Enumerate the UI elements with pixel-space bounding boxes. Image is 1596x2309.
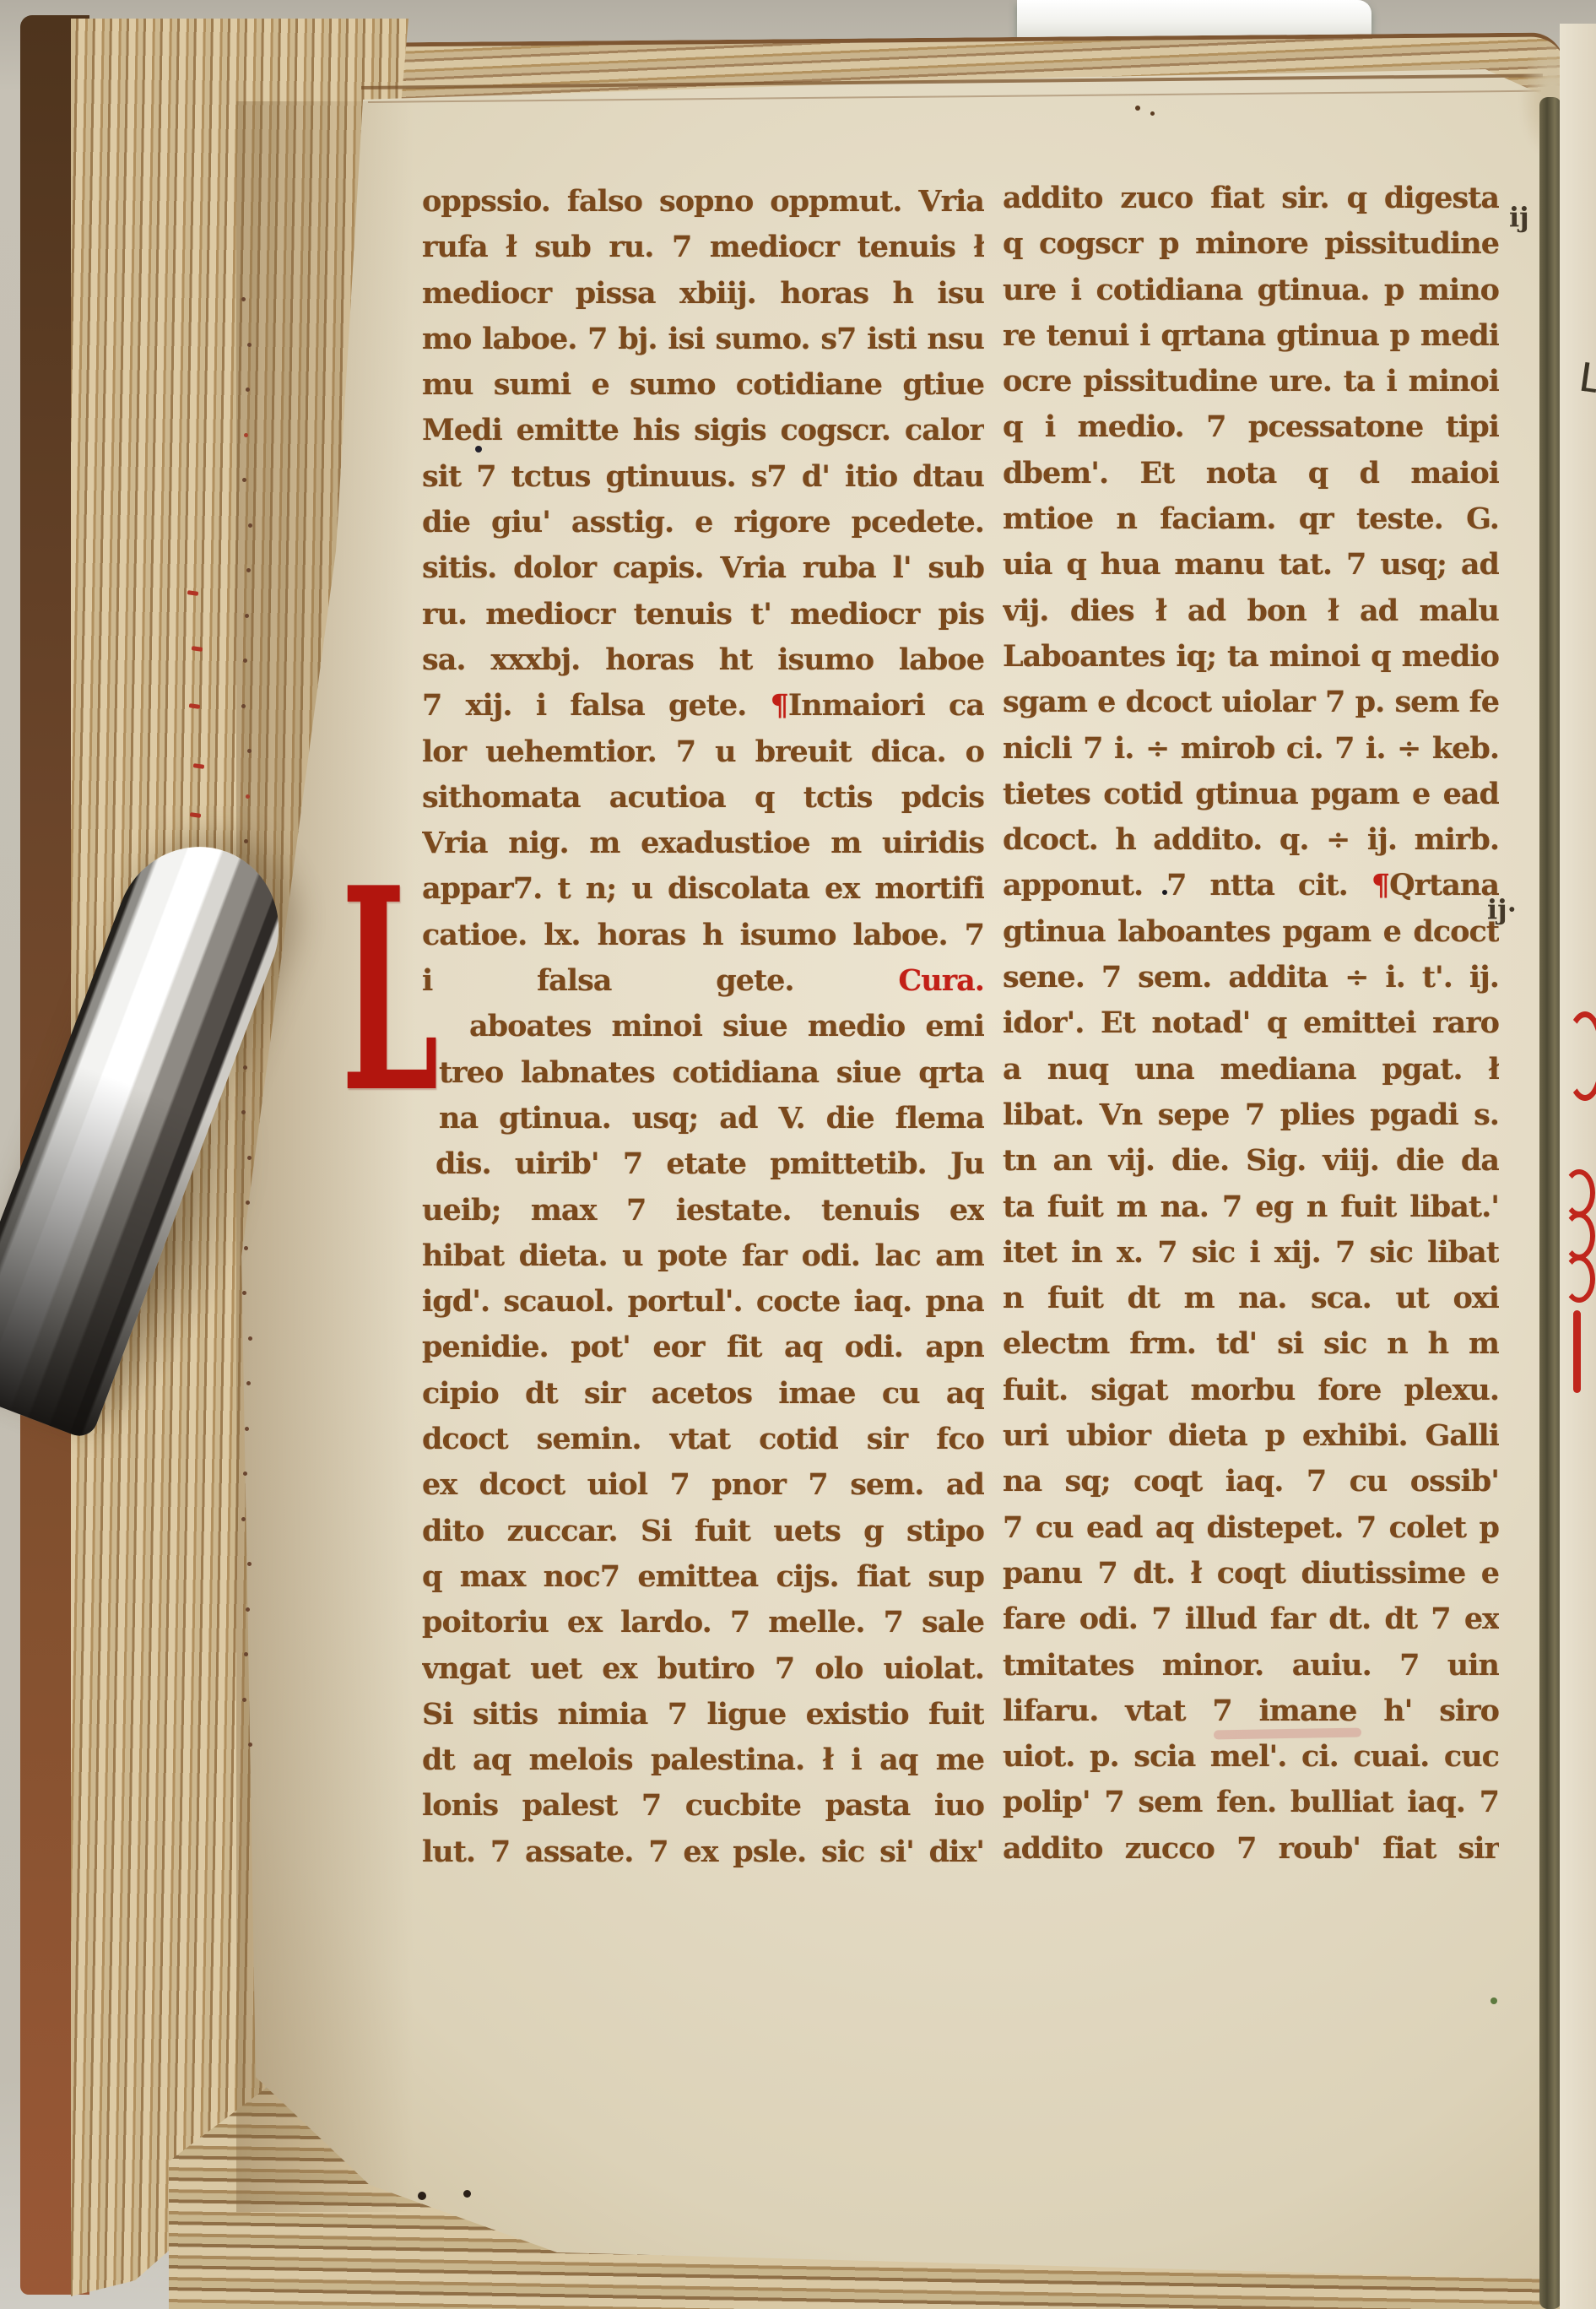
text-line: fuit. sigat morbu fore plexu.: [1003, 1368, 1499, 1413]
text-line: dbem'. Et nota q d maioi emitteo: [1003, 451, 1499, 496]
text-line: q i medio. 7 pcessatone tipi sgae: [1003, 404, 1499, 450]
text-line: Medi emitte his sigis cogscr. calor: [422, 408, 984, 453]
text-line: dcoct semin. vtat cotid sir fco: [422, 1417, 984, 1462]
text-line: lonis palest 7 cucbite pasta iuo: [422, 1783, 984, 1829]
prick-dot: [246, 568, 251, 572]
text-line: ru. mediocr tenuis t' mediocr pis: [422, 592, 984, 637]
text-line: dt aq melois palestina. ł i aq me: [422, 1737, 984, 1783]
rubric-text: ¶: [771, 688, 788, 723]
prick-dot: [246, 1381, 251, 1385]
text-line: tn an vij. die. Sig. viij. die da: [1003, 1138, 1499, 1184]
text-line: catioe. lx. horas h isumo laboe. 7 xij.: [422, 913, 984, 958]
text-line: panu 7 dt. ł coqt diutissime e: [1003, 1551, 1499, 1596]
prick-dot: [246, 388, 250, 392]
text-line: Vria nig. m exadustioe m uiridis: [422, 821, 984, 866]
prick-dot: [244, 1246, 248, 1250]
text-line: fare odi. 7 illud far dt. dt 7 ex: [1003, 1596, 1499, 1642]
wormhole: [463, 2190, 471, 2198]
text-line: na gtinua. usq; ad V. die flema: [422, 1096, 984, 1141]
text-line: vngat uet ex butiro 7 olo uiolat.: [422, 1646, 984, 1692]
parchment-speck: [1135, 106, 1140, 111]
text-column-left: oppssio. falso sopno oppmut. Vriarufa ł …: [422, 179, 984, 1875]
prick-dot: [245, 614, 249, 618]
text-line: idor'. Et notad' q emittei raro: [1003, 1000, 1499, 1046]
prick-dot: [247, 1562, 252, 1566]
text-line: mtioe n faciam. qr teste. G. poti' di: [1003, 496, 1499, 542]
prick-dot: [244, 839, 248, 843]
text-line: n fuit dt m na. sca. ut oxi psillitic: [1003, 1276, 1499, 1321]
prick-dot: [241, 297, 246, 301]
prick-dot: [241, 1517, 246, 1521]
prick-dot: [248, 1336, 252, 1341]
text-line: mediocr pissa xbiij. horas h isu: [422, 271, 984, 317]
prick-dot: [243, 1472, 247, 1476]
rubric-text: Cura.: [898, 963, 984, 998]
text-line: q cogscr p minore pissitudine: [1003, 221, 1499, 267]
prick-dot: [246, 1607, 250, 1612]
text-line: apponut. 7 ntta cit. ¶Qrtana: [1003, 863, 1499, 908]
text-line: uiot. p. scia mel'. ci. cuai. cuc: [1003, 1734, 1499, 1780]
text-line: treo labnates cotidiana siue qrta: [422, 1050, 984, 1096]
text-line: q max noc7 emittea cijs. fiat sup: [422, 1554, 984, 1600]
wormhole: [418, 2192, 426, 2200]
text-line: addito zuco fiat sir. q digesta: [1003, 176, 1499, 221]
text-line: hibat dieta. u pote far odi. lac am: [422, 1233, 984, 1279]
text-line: sene. 7 sem. addita ÷ i. t'. ij. mirb: [1003, 955, 1499, 1000]
text-line: i falsa gete. Cura.: [422, 958, 984, 1004]
text-line: appar7. t n; u discolata ex mortifi: [422, 866, 984, 912]
prick-dot: [247, 343, 252, 347]
text-line: dis. uirib' 7 etate pmittetib. Ju: [422, 1141, 984, 1187]
text-line: lifaru. vtat 7 imane h' siro: [1003, 1688, 1499, 1734]
prick-dot: [245, 1427, 249, 1431]
text-line: dcoct. h addito. q. ÷ ij. mirb. keb: [1003, 817, 1499, 863]
text-line: sa. xxxbj. horas ht isumo laboe: [422, 637, 984, 683]
text-line: die giu' asstig. e rigore pcedete.: [422, 500, 984, 545]
text-line: uia q hua manu tat. 7 usq; ad: [1003, 542, 1499, 588]
text-line: polip' 7 sem fen. bulliat iaq. 7: [1003, 1780, 1499, 1825]
text-line: tmitates minor. auiu. 7 uin: [1003, 1643, 1499, 1688]
text-line: lut. 7 assate. 7 ex psle. sic si' dix': [422, 1829, 984, 1875]
prick-dot: [244, 433, 248, 437]
prick-dot: [247, 749, 252, 753]
text-line: poitoriu ex lardo. 7 melle. 7 sale: [422, 1600, 984, 1645]
text-line: libat. Vn sepe 7 plies pgadi s. nq: [1003, 1092, 1499, 1138]
text-line: a nuq una mediana pgat. ł: [1003, 1047, 1499, 1092]
text-line: itet in x. 7 sic i xij. 7 sic libat: [1003, 1230, 1499, 1276]
text-line: ueib; max 7 iestate. tenuis ex: [422, 1188, 984, 1233]
prick-dot: [243, 1065, 247, 1070]
text-line: rufa ł sub ru. 7 mediocr tenuis ł: [422, 225, 984, 270]
rubric-text: ¶: [1371, 868, 1389, 902]
book-gutter-crease: [1539, 97, 1561, 2309]
text-line: ta fuit m na. 7 eg n fuit libat.' ead: [1003, 1184, 1499, 1230]
text-line: oppssio. falso sopno oppmut. Vria: [422, 179, 984, 225]
prick-dot: [248, 1743, 252, 1747]
prick-dot: [242, 1698, 246, 1702]
text-line: igd'. scauol. portul'. cocte iaq. pna: [422, 1279, 984, 1325]
manuscript-photo: L oppssio. falso sopno oppmut. Vriarufa …: [0, 0, 1596, 2309]
text-line: 7 xij. i falsa gete. ¶Inmaiori ca: [422, 683, 984, 729]
text-line: mu sumi e sumo cotidiane gtiue: [422, 362, 984, 408]
prick-dot: [244, 1652, 248, 1656]
prick-dot: [243, 659, 247, 663]
quire-mark-middle: ij·: [1487, 893, 1517, 925]
text-line: sithomata acutioa q tctis pdcis: [422, 775, 984, 821]
quire-mark-top: ij: [1509, 201, 1529, 233]
prick-dot: [248, 523, 252, 528]
text-line: uri ubior dieta p exhibi. Galli: [1003, 1413, 1499, 1459]
facing-page-red-stroke: [1573, 1310, 1581, 1393]
text-line: cipio dt sir acetos imae cu aq: [422, 1371, 984, 1417]
text-line: tietes cotid gtinua pgam e ead: [1003, 772, 1499, 817]
prick-dot: [241, 704, 246, 708]
facing-page-red-arc: [1563, 1212, 1595, 1260]
parchment-speck: [1150, 111, 1155, 116]
prick-dot: [246, 794, 250, 799]
text-line: mo laboe. 7 bj. isi sumo. s7 isti nsu: [422, 317, 984, 362]
text-line: re tenui i qrtana gtinua p medi: [1003, 313, 1499, 359]
text-line: dito zuccar. Si fuit uets g stipo: [422, 1509, 984, 1554]
text-line: addito zucco 7 roub' fiat sir: [1003, 1826, 1499, 1872]
text-line: Si sitis nimia 7 ligue existio fuit: [422, 1692, 984, 1737]
facing-page-red-arc: [1563, 1169, 1595, 1217]
text-line: lor uehemtior. 7 u breuit dica. o: [422, 729, 984, 775]
text-line: aboates minoi siue medio emi: [422, 1004, 984, 1049]
text-line: vij. dies ł ad bon ł ad malu solut.: [1003, 588, 1499, 634]
text-line: gtinua laboantes pgam e dcoct: [1003, 909, 1499, 955]
facing-page-red-arc: [1563, 1255, 1595, 1303]
green-speck: [1491, 1997, 1497, 2004]
text-line: Laboantes iq; ta minoi q medio: [1003, 634, 1499, 680]
text-line: ure i cotidiana gtinua. p mino: [1003, 268, 1499, 313]
text-line: penidie. pot' eor fit aq odi. apn: [422, 1325, 984, 1370]
text-line: electm frm. td' si sic n h m libat: [1003, 1321, 1499, 1367]
text-line: na sq; coqt iaq. 7 cu ossib' pistet: [1003, 1459, 1499, 1504]
prick-dot: [242, 478, 246, 482]
text-line: sgam e dcoct uiolar 7 p. sem fe: [1003, 680, 1499, 725]
text-column-right: addito zuco fiat sir. q digestaq cogscr …: [1003, 176, 1499, 1872]
text-line: ocre pissitudine ure. ta i minoi: [1003, 359, 1499, 404]
text-line: sitis. dolor capis. Vria ruba l' sub: [422, 545, 984, 591]
text-line: ex dcoct uiol 7 pnor 7 sem. ad: [422, 1462, 984, 1508]
text-line: 7 cu ead aq distepet. 7 colet p: [1003, 1505, 1499, 1551]
text-line: sit 7 tctus gtinuus. s7 d' itio dtau: [422, 454, 984, 500]
prick-dot: [242, 1291, 246, 1295]
text-line: nicli 7 i. ÷ mirob ci. 7 i. ÷ keb. pa: [1003, 726, 1499, 772]
